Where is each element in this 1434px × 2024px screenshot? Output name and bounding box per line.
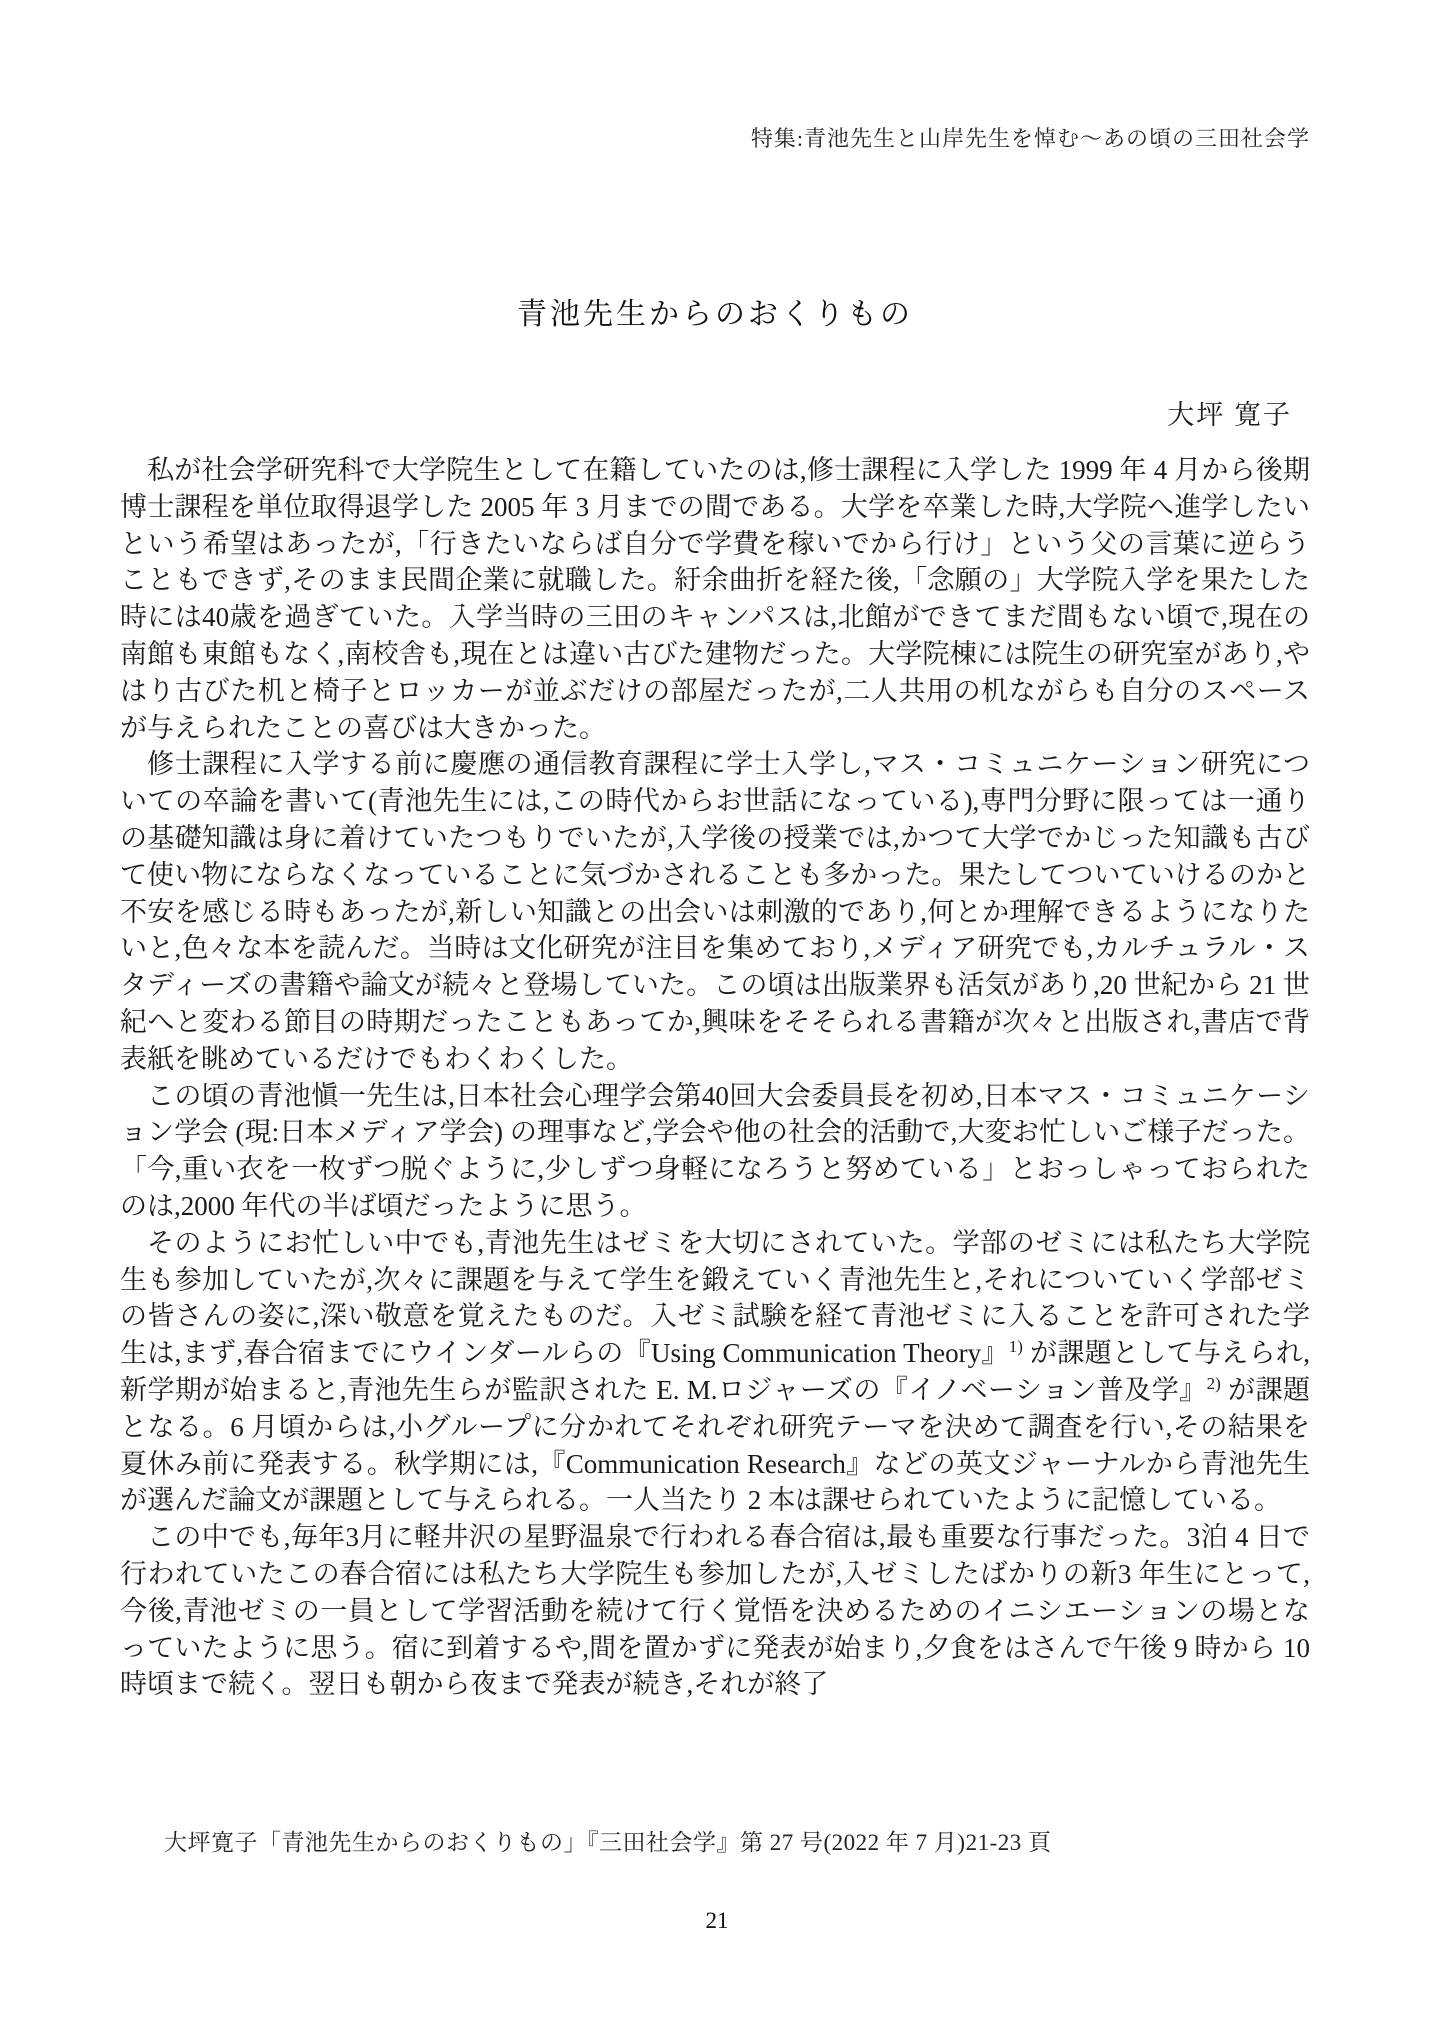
- citation-footer: 大坪寛子「青池先生からのおくりもの」『三田社会学』第 27 号(2022 年 7…: [164, 1824, 1051, 1857]
- footnote-ref-1: 1): [1009, 1337, 1023, 1356]
- paragraph-4: そのようにお忙しい中でも,青池先生はゼミを大切にされていた。学部のゼミには私たち…: [120, 1225, 1310, 1519]
- author-name: 大坪 寛子: [120, 393, 1310, 432]
- paragraph-2: 修士課程に入学する前に慶應の通信教育課程に学士入学し,マス・コミュニケーション研…: [120, 746, 1310, 1077]
- paragraph-3: この頃の青池愼一先生は,日本社会心理学会第40回大会委員長を初め,日本マス・コミ…: [120, 1078, 1310, 1225]
- document-page: 特集:青池先生と山岸先生を悼む〜あの頃の三田社会学 青池先生からのおくりもの 大…: [0, 0, 1434, 2024]
- article-title: 青池先生からのおくりもの: [120, 289, 1310, 333]
- text-column: 特集:青池先生と山岸先生を悼む〜あの頃の三田社会学 青池先生からのおくりもの 大…: [120, 0, 1310, 1703]
- paragraph-5: この中でも,毎年3月に軽井沢の星野温泉で行われる春合宿は,最も重要な行事だった。…: [120, 1519, 1310, 1703]
- page-number: 21: [0, 1908, 1434, 1934]
- special-issue-header: 特集:青池先生と山岸先生を悼む〜あの頃の三田社会学: [120, 122, 1310, 153]
- paragraph-1: 私が社会学研究科で大学院生として在籍していたのは,修士課程に入学した 1999 …: [120, 452, 1310, 746]
- footnote-ref-2: 2): [1207, 1374, 1221, 1393]
- article-body: 私が社会学研究科で大学院生として在籍していたのは,修士課程に入学した 1999 …: [120, 452, 1310, 1703]
